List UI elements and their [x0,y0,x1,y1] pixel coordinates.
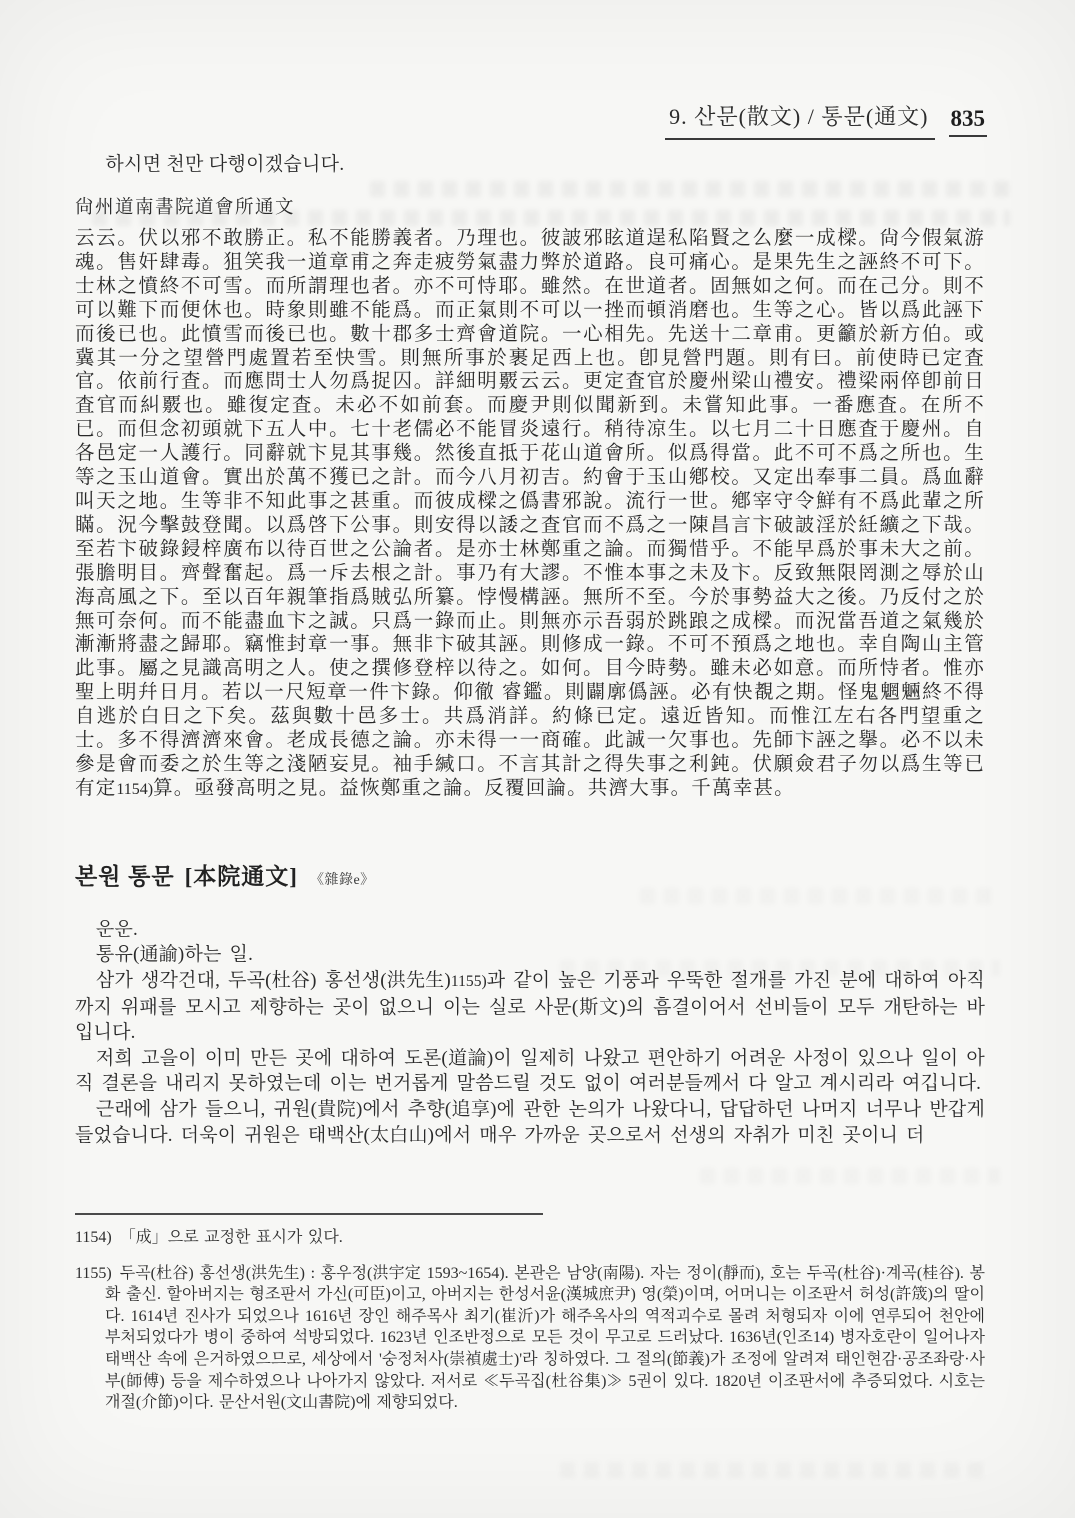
closing-sentence: 하시면 천만 다행이겠습니다. [75,152,985,178]
paragraph: 운운. [75,917,985,943]
page-showthrough [700,1168,1000,1184]
footnote-id: 1154) [75,1229,112,1246]
section-heading: 본원 통문 [本院通文] 《雜錄e》 [75,858,985,891]
section-title-hanja: [本院通文] [185,858,298,891]
hanmun-document-body: 云云。伏以邪不敢勝正。私不能勝義者。乃理也。彼詖邪眩道逞私陷賢之么麼一成樑。尙今… [75,227,985,802]
running-header: 9. 산문(散文) / 통문(通文) 835 [75,100,987,140]
page-number: 835 [949,100,988,137]
hanmun-text-before-note: 云云。伏以邪不敢勝正。私不能勝義者。乃理也。彼詖邪眩道逞私陷賢之么麼一成樑。尙今… [75,228,985,799]
paragraph: 근래에 삼가 들으니, 귀원(貴院)에서 추향(追享)에 관한 논의가 나왔다니… [75,1097,985,1148]
section-title-korean: 본원 통문 [75,858,175,891]
scanned-book-page: 9. 산문(散文) / 통문(通文) 835 하시면 천만 다행이겠습니다. 尙… [0,0,1075,1518]
hanmun-document-title: 尙州道南書院道會所通文 [75,196,985,220]
korean-translation-body: 운운. 통유(通諭)하는 일. 삼가 생각건대, 두곡(杜谷) 홍선생(洪先生)… [75,917,985,1148]
footnote-marker-1154: 1154) [116,781,153,798]
paragraph: 통유(通諭)하는 일. [75,942,985,968]
footnote-separator [75,1213,543,1215]
footnote-area: 1154)「成」으로 교정한 표시가 있다. 1155)두곡(杜谷) 홍선생(洪… [75,1213,985,1428]
source-tag: 《雜錄e》 [310,869,375,889]
paragraph: 삼가 생각건대, 두곡(杜谷) 홍선생(洪先生)1155)과 같이 높은 기풍과… [75,968,985,1046]
page-body: 하시면 천만 다행이겠습니다. 尙州道南書院道會所通文 云云。伏以邪不敢勝正。私… [75,152,985,1148]
footnote-1155: 1155)두곡(杜谷) 홍선생(洪先生) : 홍우정(洪宇定 1593~1654… [75,1263,985,1414]
chapter-title: 9. 산문(散文) / 통문(通文) [665,100,934,140]
hanmun-text-after-note: 算。亟發高明之見。益恢鄭重之論。反覆回論。共濟大事。千萬幸甚。 [153,778,795,799]
footnote-text: 「成」으로 교정한 표시가 있다. [120,1229,343,1246]
footnote-1154: 1154)「成」으로 교정한 표시가 있다. [75,1227,985,1249]
page-showthrough [560,1462,990,1478]
paragraph: 저희 고을이 이미 만든 곳에 대하여 도론(道論)이 일제히 나왔고 편안하기… [75,1046,985,1097]
paragraph-text-before-note: 삼가 생각건대, 두곡(杜谷) 홍선생(洪先生) [96,970,451,991]
footnote-text: 두곡(杜谷) 홍선생(洪先生) : 홍우정(洪宇定 1593~1654). 본관… [105,1265,985,1412]
footnote-id: 1155) [75,1265,112,1282]
footnote-marker-1155: 1155) [451,973,487,990]
